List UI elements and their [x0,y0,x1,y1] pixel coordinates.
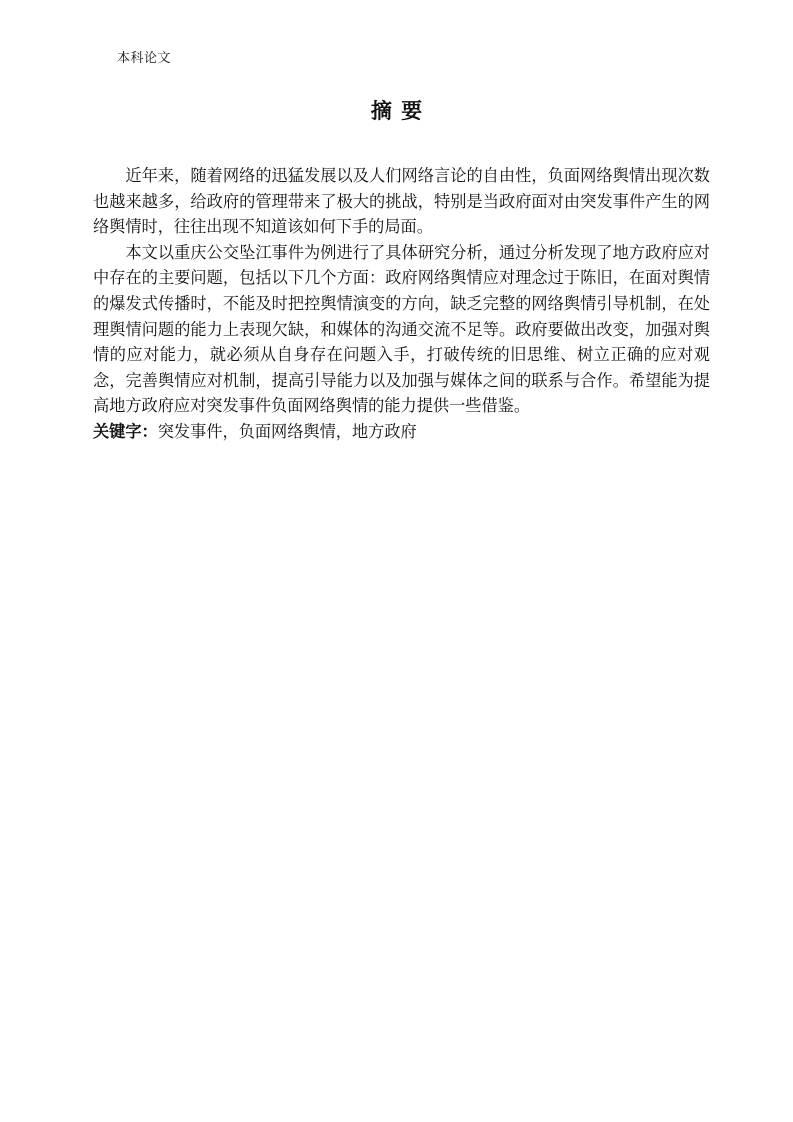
abstract-title: 摘 要 [0,97,793,125]
keywords-label: 关键字： [93,422,158,441]
keywords-line: 关键字：突发事件，负面网络舆情，地方政府 [93,419,710,445]
running-header: 本科论文 [117,51,171,67]
abstract-body: 近年来，随着网络的迅猛发展以及人们网络言论的自由性，负面网络舆情出现次数也越来越… [93,163,710,445]
abstract-paragraph-1: 近年来，随着网络的迅猛发展以及人们网络言论的自由性，负面网络舆情出现次数也越来越… [93,163,710,240]
document-page: 本科论文 摘 要 近年来，随着网络的迅猛发展以及人们网络言论的自由性，负面网络舆… [0,0,793,1122]
keywords-text: 突发事件，负面网络舆情，地方政府 [158,422,417,441]
abstract-paragraph-2: 本文以重庆公交坠江事件为例进行了具体研究分析，通过分析发现了地方政府应对中存在的… [93,240,710,419]
